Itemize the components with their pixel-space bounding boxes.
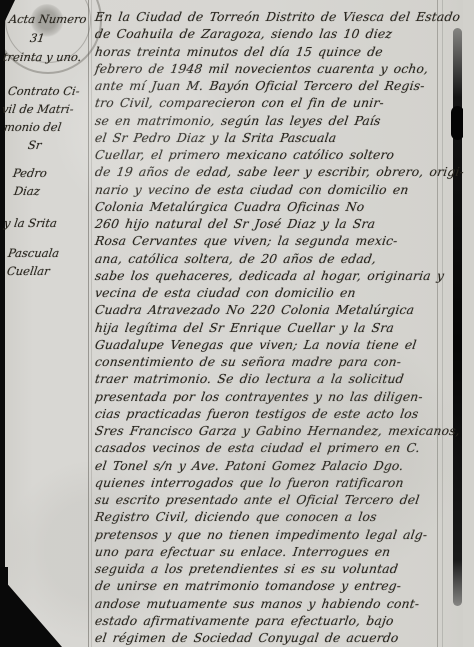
margin-rule-line xyxy=(88,0,89,647)
handwritten-text-line: cias practicadas fueron testigos de este… xyxy=(94,406,458,423)
handwritten-text-line: seguida a los pretendientes si es su vol… xyxy=(94,561,458,578)
handwritten-text-line: vecina de esta ciudad con domicilio en xyxy=(94,285,458,302)
handwritten-text-line: su escrito presentado ante el Oficial Te… xyxy=(94,492,458,509)
handwritten-text-line: estado afirmativamente para efectuarlo, … xyxy=(94,613,458,630)
handwritten-text-line: pretensos y que no tienen impedimento le… xyxy=(94,527,458,544)
handwritten-text-line: horas treinta minutos del día 15 quince … xyxy=(94,44,458,61)
scan-edge-left xyxy=(0,0,5,647)
margin-acta-label: Acta Numero xyxy=(8,12,87,26)
handwritten-text-line: el Sr Pedro Diaz y la Srita Pascuala xyxy=(94,130,458,147)
handwritten-text-line: se en matrimonio, según las leyes del Pa… xyxy=(94,113,458,130)
handwritten-text-line: nario y vecino de esta ciudad con domici… xyxy=(94,182,458,199)
margin-acta-number-words: treinta y uno. xyxy=(2,50,82,64)
handwritten-text-line: sabe los quehaceres, dedicada al hogar, … xyxy=(94,268,458,285)
record-body-text: En la Ciudad de Torreón Distrito de Vies… xyxy=(95,9,457,647)
margin-record-type-line: vil de Matri- xyxy=(1,102,75,116)
handwritten-text-line: Colonia Metalúrgica Cuadra Oficinas No xyxy=(94,199,458,216)
margin-bride-first-name: Pascuala xyxy=(7,246,60,260)
handwritten-text-line: el régimen de Sociedad Conyugal de acuer… xyxy=(94,630,458,647)
margin-groom-last-name: Diaz xyxy=(13,184,41,198)
handwritten-text-line: presentada por los contrayentes y no las… xyxy=(94,389,458,406)
margin-groom-first-name: Pedro xyxy=(12,166,48,180)
handwritten-text-line: tro Civil, comparecieron con el fin de u… xyxy=(94,95,458,112)
scanned-marriage-record-page: Acta Numero 31 treinta y uno. Contrato C… xyxy=(0,0,474,647)
handwritten-text-line: de unirse en matrimonio tomandose y entr… xyxy=(94,578,458,595)
handwritten-text-line: casados vecinos de esta ciudad el primer… xyxy=(94,440,458,457)
handwritten-text-line: Cuadra Atravezado No 220 Colonia Metalúr… xyxy=(94,302,458,319)
handwritten-text-line: febrero de 1948 mil novecientos cuarenta… xyxy=(94,61,458,78)
handwritten-text-line: consentimiento de su señora madre para c… xyxy=(94,354,458,371)
handwritten-text-line: hija legítima del Sr Enrique Cuellar y l… xyxy=(94,320,458,337)
handwritten-text-line: quienes interrogados que lo fueron ratif… xyxy=(94,475,458,492)
handwritten-text-line: Guadalupe Venegas que viven; La novia ti… xyxy=(94,337,458,354)
margin-bride-last-name: Cuellar xyxy=(6,264,51,278)
handwritten-text-line: Cuellar, el primero mexicano católico so… xyxy=(94,147,458,164)
margin-record-type-line: Contrato Ci- xyxy=(7,84,81,98)
handwritten-text-line: el Tonel s/n y Ave. Patoni Gomez Palacio… xyxy=(94,458,458,475)
margin-rule-line-shadow xyxy=(91,0,92,647)
handwritten-text-line: ana, católica soltera, de 20 años de eda… xyxy=(94,251,458,268)
handwritten-text-line: ante mí Juan M. Bayón Oficial Tercero de… xyxy=(94,78,458,95)
handwritten-text-line: Rosa Cervantes que viven; la segunda mex… xyxy=(94,233,458,250)
handwritten-text-line: de 19 años de edad, sabe leer y escribir… xyxy=(94,164,458,181)
margin-record-type-line: Sr xyxy=(27,138,42,152)
margin-record-type-line: monio del xyxy=(3,120,62,134)
margin-acta-number: 31 xyxy=(29,31,46,45)
handwritten-text-line: uno para efectuar su enlace. Interrogues… xyxy=(94,544,458,561)
handwritten-text-line: 260 hijo natural del Sr José Diaz y la S… xyxy=(94,216,458,233)
scan-edge-right xyxy=(463,0,474,647)
scan-corner-bottom-left xyxy=(0,567,62,647)
handwritten-text-line: Registro Civil, diciendo que conocen a l… xyxy=(94,509,458,526)
margin-connector-text: y la Srita xyxy=(3,216,58,230)
handwritten-text-line: traer matrimonio. Se dio lectura a la so… xyxy=(94,371,458,388)
handwritten-text-line: de Coahuila de Zaragoza, siendo las 10 d… xyxy=(94,26,458,43)
handwritten-text-line: Sres Francisco Garza y Gabino Hernandez,… xyxy=(94,423,458,440)
handwritten-text-line: andose mutuamente sus manos y habiendo c… xyxy=(94,596,458,613)
handwritten-text-line: En la Ciudad de Torreón Distrito de Vies… xyxy=(94,9,458,26)
